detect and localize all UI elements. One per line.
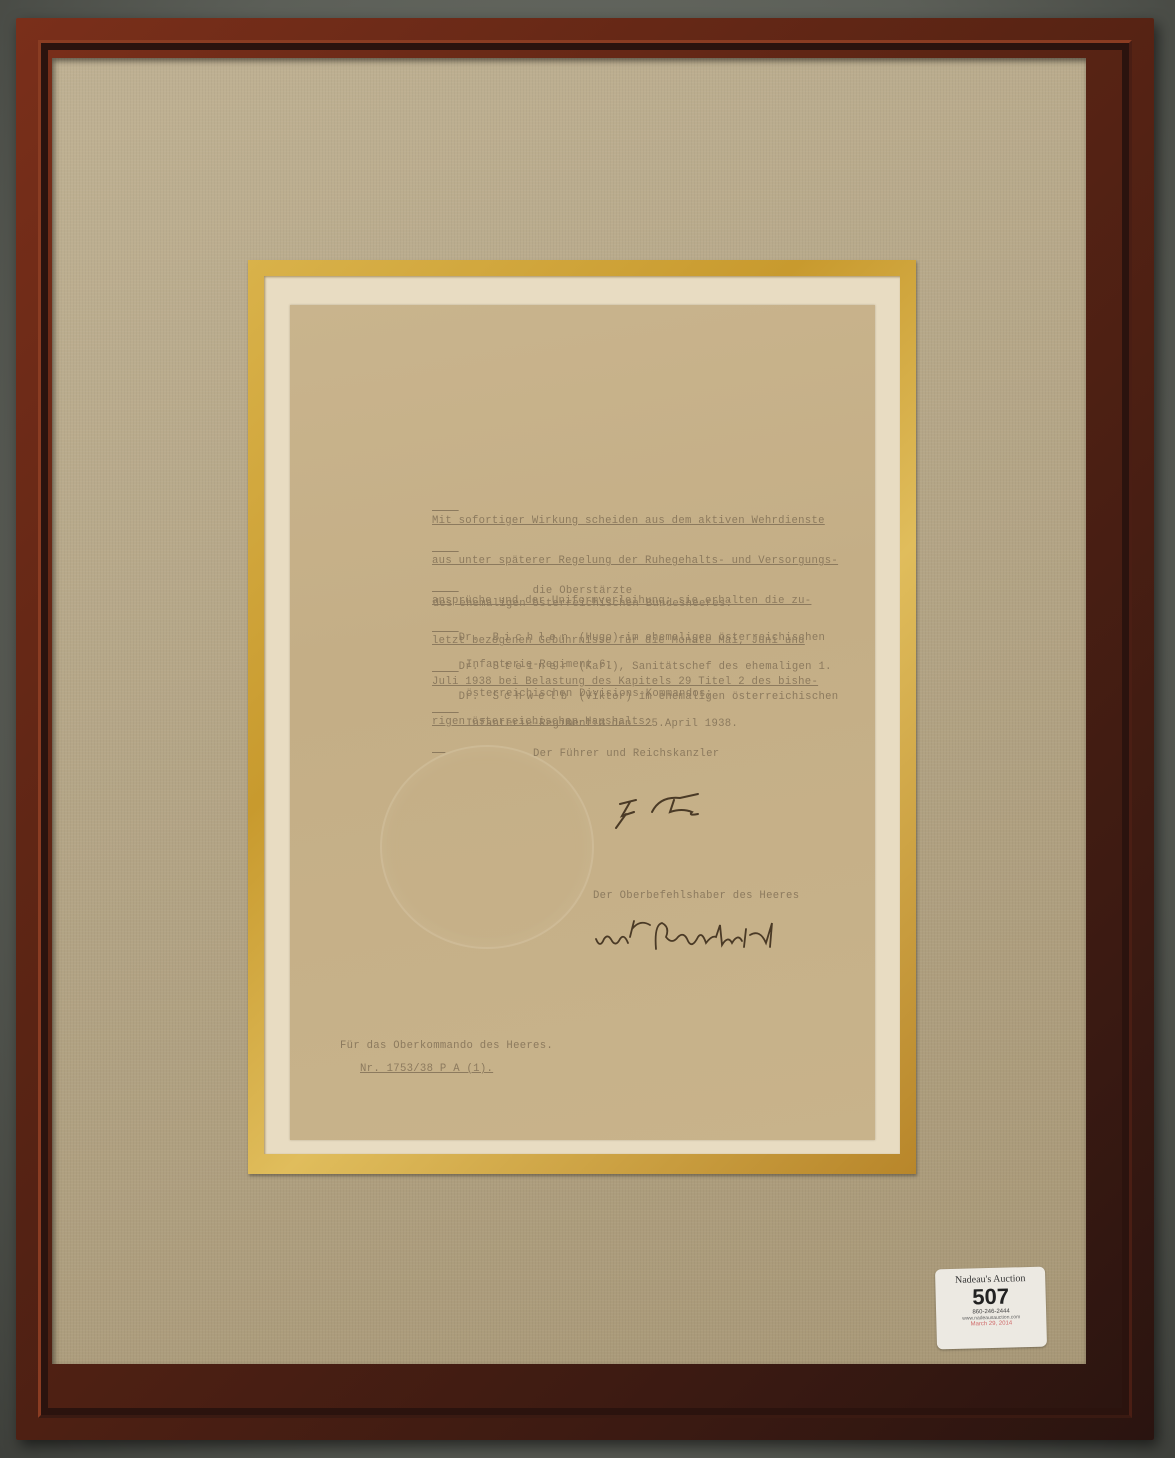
auction-lot-tag: Nadeau's Auction 507 860-246-2444 www.na…: [935, 1267, 1047, 1350]
person-title: Dr.: [459, 691, 493, 704]
place-date: Berlin den 25.April 1938.: [565, 718, 738, 731]
typed-document: Mit sofortiger Wirkung scheiden aus dem …: [290, 305, 875, 1140]
person-title: Dr.: [459, 632, 493, 645]
embossed-seal: [380, 745, 594, 949]
reference-number: Nr. 1753/38 P A (1).: [360, 1063, 493, 1076]
signatory2-title: Der Oberbefehlshaber des Heeres: [593, 890, 799, 903]
signature-2: [590, 915, 830, 955]
person-title: Dr.: [459, 661, 493, 674]
person-name: Schwelb: [493, 691, 573, 703]
person-name: Bichler: [493, 632, 573, 644]
signatory1-title: Der Führer und Reichskanzler: [533, 748, 719, 761]
signature-1: [600, 790, 740, 840]
paragraph-line: aus unter späterer Regelung der Ruhegeha…: [432, 555, 872, 568]
group-heading-line2: des ehemaligen österreichischen Bundeshe…: [290, 598, 875, 611]
person-name: Steiner: [493, 661, 573, 673]
person-detail: (Viktor) im ehemaligen österreichischen: [579, 691, 839, 703]
footer-line: Für das Oberkommando des Heeres.: [340, 1040, 553, 1053]
group-heading-line1: die Oberstärzte: [290, 585, 875, 598]
paragraph-line: Mit sofortiger Wirkung scheiden aus dem …: [432, 515, 872, 528]
person-detail: (Karl), Sanitätschef des ehemaligen 1.: [579, 661, 832, 673]
person-detail: (Hugo) im ehemaligen österreichischen: [579, 632, 825, 644]
lot-number: 507: [935, 1284, 1046, 1311]
